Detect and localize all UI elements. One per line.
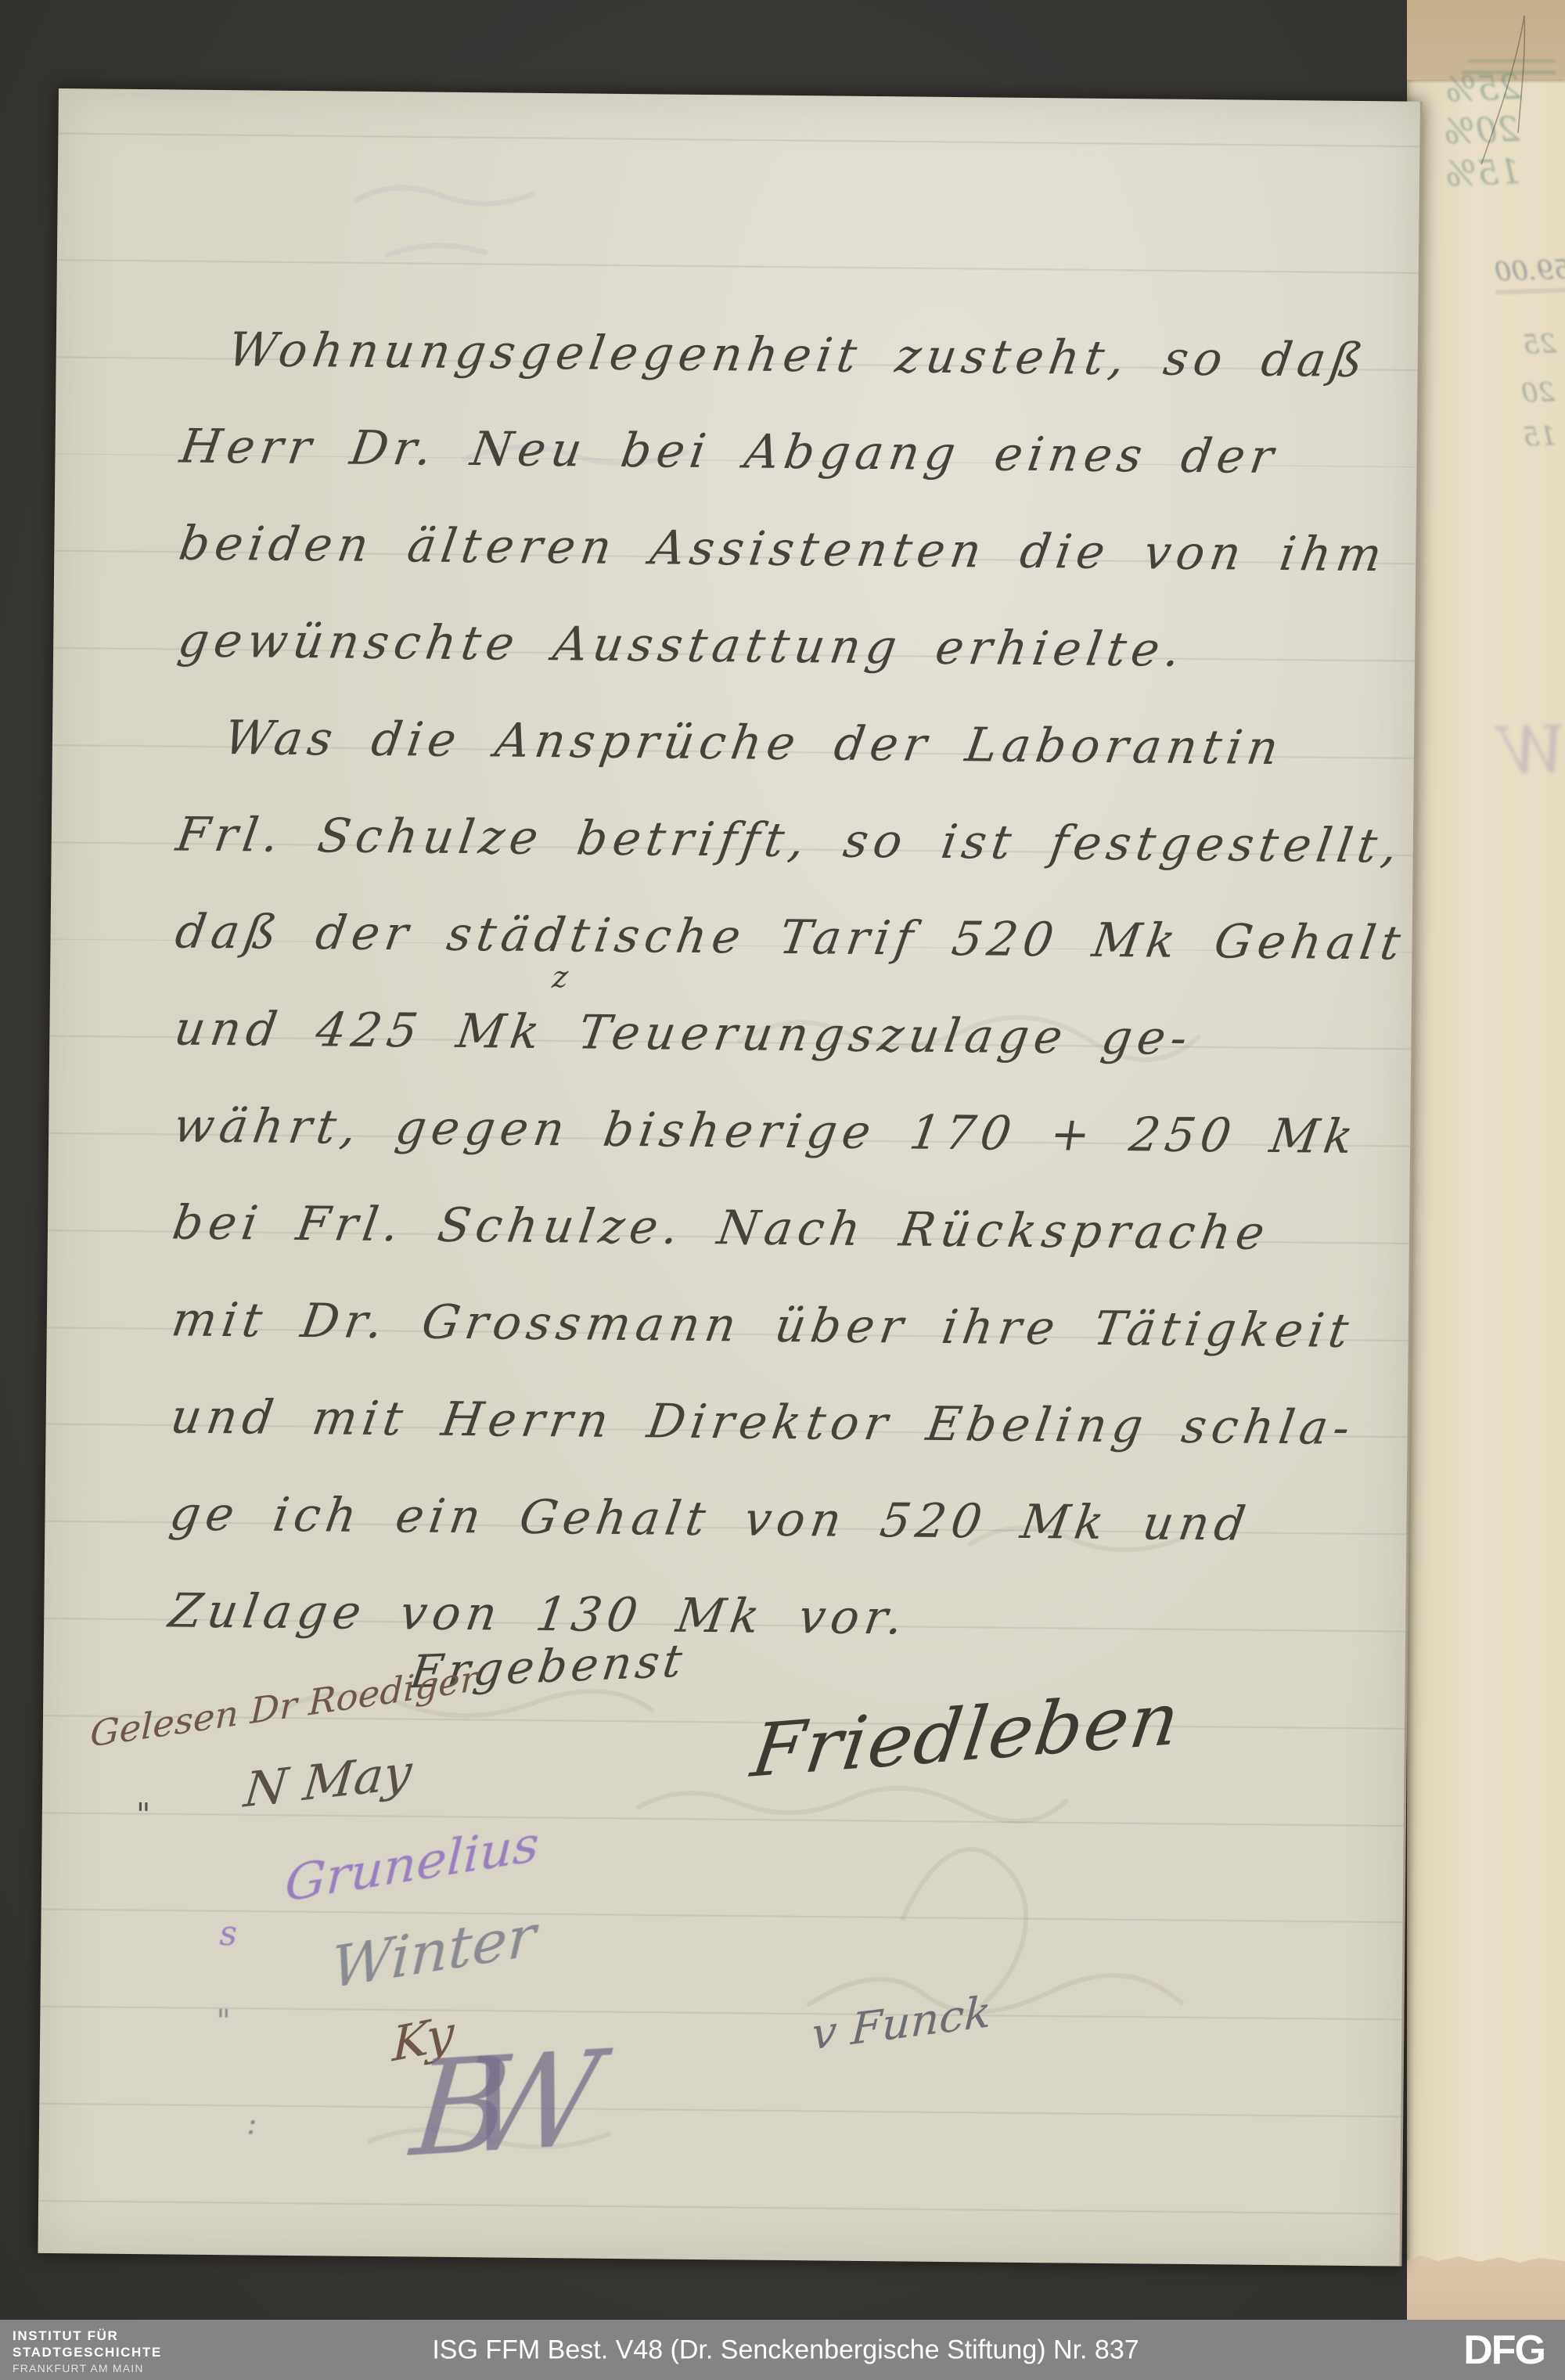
adjacent-page-strip: 25% 20% 15% 59.00 25 20 15 W: [1407, 0, 1565, 2320]
handwritten-line: beiden älteren Assistenten die von ihm: [175, 515, 1391, 585]
ditto-mark: ": [136, 1797, 151, 1833]
inserted-correction: z: [551, 959, 570, 995]
handwritten-line: daß der städtische Tarif 520 Mk Gehalt: [171, 903, 1409, 973]
institute-line-2: STADTGESCHICHTE: [13, 2344, 162, 2360]
purple-prefix-mark: s: [219, 1914, 237, 1953]
colon-mark: :: [246, 2105, 257, 2141]
letter-page: Wohnungsgelegenheit zusteht, so daß Herr…: [38, 88, 1422, 2267]
handwritten-line: und mit Herrn Direktor Ebeling schla-: [167, 1388, 1358, 1457]
archival-scan: 25% 20% 15% 59.00 25 20 15 W: [0, 0, 1565, 2380]
bleedthrough-fragment: 25: [1522, 328, 1557, 360]
handwritten-line: ge ich ein Gehalt von 520 Mk und: [166, 1485, 1254, 1554]
bleedthrough-fragment: 20: [1520, 376, 1556, 409]
handwritten-line: Wohnungsgelegenheit zusteht, so daß: [224, 321, 1372, 390]
institute-logo-text: INSTITUT FÜR STADTGESCHICHTE FRANKFURT A…: [13, 2328, 162, 2377]
handwritten-line: Zulage von 130 Mk vor.: [165, 1582, 912, 1647]
institute-line-1: INSTITUT FÜR: [13, 2328, 162, 2344]
bleedthrough-fragment: W: [1498, 711, 1565, 790]
archive-reference: ISG FFM Best. V48 (Dr. Senckenbergische …: [432, 2335, 1139, 2365]
paper-fiber: [1407, 0, 1565, 235]
footer-bar: INSTITUT FÜR STADTGESCHICHTE FRANKFURT A…: [0, 2320, 1565, 2380]
handwritten-line: gewünschte Ausstattung erhielte.: [174, 612, 1189, 679]
ditto-mark: ": [216, 2004, 231, 2040]
handwritten-line: und 425 Mk Teuerungszulage ge-: [171, 1000, 1196, 1068]
handwritten-line: Frl. Schulze betrifft, so ist festgestel…: [172, 806, 1406, 876]
ruled-lines: [38, 88, 1419, 2267]
handwritten-line: bei Frl. Schulze. Nach Rücksprache: [169, 1194, 1274, 1262]
institute-line-3: FRANKFURT AM MAIN: [13, 2360, 162, 2377]
handwritten-line: Was die Ansprüche der Laborantin: [221, 709, 1288, 777]
adjacent-page-bottom-band: [1407, 2254, 1565, 2320]
marginal-monogram: BW: [406, 2025, 560, 2186]
bleedthrough-fragment: 59.00: [1494, 254, 1565, 293]
handwritten-line: währt, gegen bisherige 170 + 250 Mk: [170, 1097, 1362, 1166]
dfg-logo: DFG: [1463, 2327, 1545, 2374]
handwritten-line: Herr Dr. Neu bei Abgang eines der: [176, 418, 1283, 486]
bleedthrough-fragment: 15: [1522, 420, 1557, 452]
handwritten-line: mit Dr. Grossmann über ihre Tätigkeit: [168, 1291, 1358, 1360]
